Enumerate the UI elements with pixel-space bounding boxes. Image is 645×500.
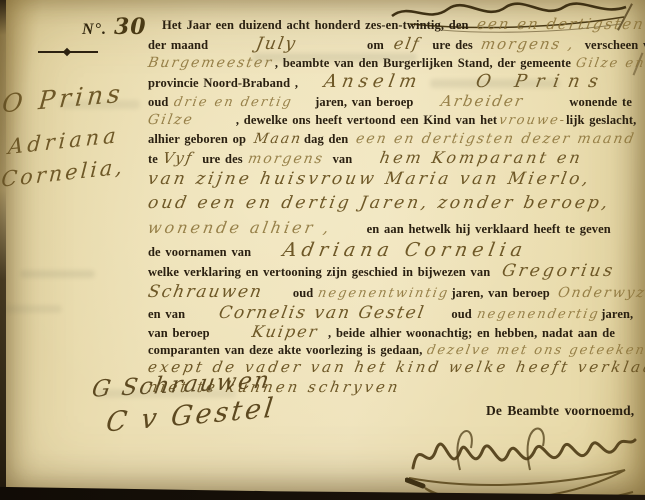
printed-text: comparanten van deze akte voorlezing is … bbox=[148, 343, 422, 357]
printed-text: van bbox=[333, 152, 353, 166]
official-signature-flourish bbox=[405, 416, 645, 498]
handwritten-text: wonende alhier , bbox=[146, 216, 334, 239]
printed-text: oud bbox=[293, 286, 313, 300]
document-line: Het Jaar een duizend acht honderd zes-en… bbox=[162, 15, 642, 34]
document-line: en vanCornelis van Gesteloudnegenenderti… bbox=[148, 303, 642, 323]
ink-bleed-smudge bbox=[252, 53, 417, 62]
handwritten-text: morgens , bbox=[479, 35, 576, 54]
printed-text: der maand bbox=[148, 38, 208, 52]
handwritten-text: Gilze bbox=[146, 111, 195, 129]
ink-bleed-smudge bbox=[96, 389, 236, 398]
ink-bleed-smudge bbox=[430, 79, 560, 88]
document-line: van zijne huisvrouw Maria van Mierlo, bbox=[148, 167, 642, 191]
act-body-text: Het Jaar een duizend acht honderd zes-en… bbox=[148, 15, 642, 397]
document-line: teVyfure desmorgensvanhem Komparant en bbox=[148, 148, 642, 167]
printed-text: , beide alhier woonachtig; en hebben, na… bbox=[328, 326, 615, 340]
printed-text: te bbox=[148, 152, 158, 166]
handwritten-text: negenentwintig bbox=[317, 283, 452, 304]
ink-bleed-smudge bbox=[4, 305, 62, 313]
record-number: N°.30 bbox=[82, 14, 147, 40]
printed-text: oud bbox=[451, 307, 471, 321]
handwritten-text: Gregorius bbox=[500, 261, 617, 282]
handwritten-text: Anselm bbox=[322, 72, 423, 92]
handwritten-text: negenendertig bbox=[475, 305, 601, 325]
printed-text: , dewelke ons heeft vertoond een Kind va… bbox=[236, 113, 497, 127]
printed-text: dag den bbox=[304, 132, 348, 146]
document-line: wonende alhier ,en aan hetwelk hij verkl… bbox=[148, 216, 642, 239]
handwritten-text: drie en dertig bbox=[173, 93, 295, 112]
document-line: oud een en dertig Jaren, zonder beroep, bbox=[148, 191, 642, 216]
printed-text: om bbox=[367, 38, 384, 52]
margin-note-given-name-2: Cornelia, bbox=[0, 154, 125, 191]
handwritten-text: Cornelis van Gestel bbox=[217, 303, 427, 323]
document-line: alhier geboren opMaandag deneen en derti… bbox=[148, 129, 642, 148]
printed-text: wonende te bbox=[569, 95, 632, 109]
handwritten-text: Kuiper bbox=[250, 323, 320, 341]
record-number-value: 30 bbox=[114, 14, 147, 40]
printed-text: lijk geslacht, bbox=[566, 113, 636, 127]
handwritten-text: een en dertigsten bbox=[475, 15, 645, 34]
printed-text: en aan hetwelk hij verklaard heeft te ge… bbox=[367, 222, 611, 236]
document-line: comparanten van deze akte voorlezing is … bbox=[148, 341, 642, 358]
printed-text: en van bbox=[148, 307, 185, 321]
handwritten-text: July bbox=[254, 35, 298, 54]
document-line: van beroepKuiper, beide alhier woonachti… bbox=[148, 323, 642, 341]
printed-text: jaren, bbox=[601, 307, 633, 321]
divider-diamond bbox=[63, 48, 71, 56]
document-line: ouddrie en dertigjaren, van beroepArbeid… bbox=[148, 92, 642, 111]
printed-text: Het Jaar een duizend acht honderd zes-en… bbox=[162, 18, 469, 32]
document-page: N°.30 O Prins Adriana Cornelia, Het Jaar… bbox=[0, 0, 645, 500]
document-line: provincie Noord-Braband ,AnselmO Prins bbox=[148, 72, 642, 92]
record-divider-ornament bbox=[38, 49, 98, 55]
printed-text: jaren, van beroep bbox=[451, 286, 549, 300]
printed-text: jaren, van beroep bbox=[315, 95, 413, 109]
printed-text: alhier geboren op bbox=[148, 132, 246, 146]
handwritten-text: Vyf bbox=[161, 149, 195, 168]
handwritten-text: Schrauwen bbox=[146, 282, 265, 303]
handwritten-text: Arbeider bbox=[440, 92, 526, 111]
handwritten-text: Maan bbox=[252, 130, 303, 149]
handwritten-text: dezelve met ons geteekend, bbox=[426, 342, 645, 359]
printed-text: ure des bbox=[202, 152, 243, 166]
document-line: der maandJulyomelfure desmorgens ,versch… bbox=[148, 34, 642, 53]
printed-text: van beroep bbox=[148, 326, 210, 340]
printed-text: provincie Noord-Braband , bbox=[148, 76, 298, 90]
document-line: Schrauwenoudnegenentwintigjaren, van ber… bbox=[148, 282, 642, 303]
handwritten-text: oud een en dertig Jaren, zonder beroep, bbox=[146, 191, 613, 216]
document-line: de voornamen vanAdriana Cornelia bbox=[148, 239, 642, 261]
handwritten-text: elf bbox=[392, 34, 422, 53]
margin-note-surname: O Prins bbox=[1, 79, 125, 119]
document-line: Gilze, dewelke ons heeft vertoond een Ki… bbox=[148, 111, 642, 129]
ink-bleed-smudge bbox=[20, 270, 95, 278]
printed-text: oud bbox=[148, 95, 168, 109]
handwritten-text: vrouwe- bbox=[498, 112, 568, 130]
printed-text: verscheen voor ons bbox=[585, 38, 645, 52]
document-line: welke verklaring en vertooning zijn gesc… bbox=[148, 261, 642, 282]
handwritten-text: Adriana Cornelia bbox=[281, 239, 529, 261]
handwritten-text: hem Komparant en bbox=[379, 148, 585, 167]
printed-text: de voornamen van bbox=[148, 245, 251, 259]
printed-text: welke verklaring en vertooning zijn gesc… bbox=[148, 265, 490, 279]
printed-text: ure des bbox=[432, 38, 473, 52]
margin-note-given-name-1: Adriana bbox=[7, 123, 120, 159]
book-binding-edge-left bbox=[0, 0, 6, 500]
record-number-prefix: N°. bbox=[82, 21, 107, 38]
handwritten-text: Onderwyzer bbox=[556, 283, 645, 304]
ink-bleed-smudge bbox=[60, 100, 140, 109]
handwritten-text: van zijne huisvrouw Maria van Mierlo, bbox=[146, 167, 593, 191]
handwritten-text: een en dertigsten dezer maand bbox=[355, 130, 638, 149]
